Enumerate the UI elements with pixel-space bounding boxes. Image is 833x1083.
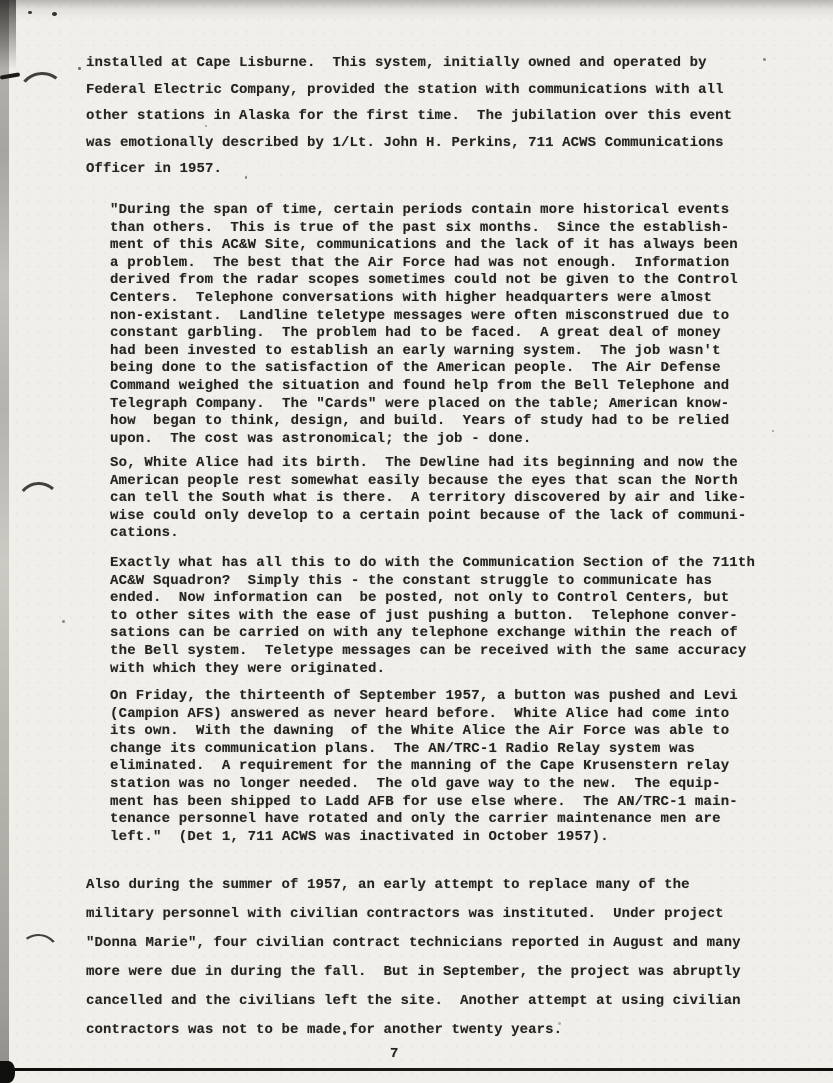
quoted-paragraph-4: On Friday, the thirteenth of September 1…	[110, 688, 738, 846]
punch-hole-arc-bottom	[12, 931, 64, 985]
quoted-paragraph-3: Exactly what has all this to do with the…	[110, 555, 755, 678]
scan-speck	[78, 67, 81, 70]
scan-speck	[52, 12, 57, 16]
scan-bottom-line	[8, 1068, 833, 1071]
closing-paragraph: Also during the summer of 1957, an early…	[86, 871, 741, 1045]
scan-edge-left	[0, 0, 9, 1083]
scan-speck	[772, 430, 774, 432]
intro-paragraph: installed at Cape Lisburne. This system,…	[86, 50, 732, 183]
quoted-paragraph-2: So, White Alice had its birth. The Dewli…	[110, 455, 747, 543]
scan-corner-blob	[0, 1061, 15, 1083]
page-number: 7	[390, 1046, 398, 1062]
document-page: installed at Cape Lisburne. This system,…	[0, 0, 833, 1083]
quoted-paragraph-1: "During the span of time, certain period…	[110, 202, 738, 448]
punch-hole-arc-middle	[14, 480, 63, 531]
scan-speck	[62, 620, 65, 623]
punch-hole-arc-top	[16, 70, 69, 121]
scan-speck	[763, 58, 766, 61]
scan-edge-top-left	[0, 0, 16, 70]
scan-speck	[28, 11, 32, 14]
